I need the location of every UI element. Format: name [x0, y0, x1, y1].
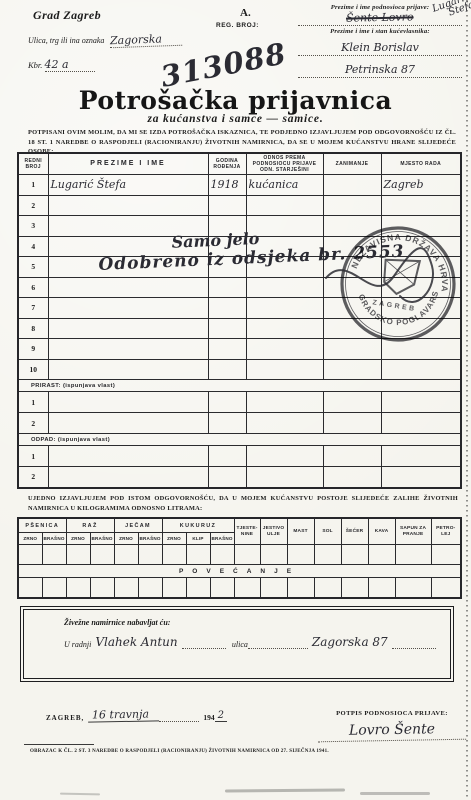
row-number: 5: [18, 257, 48, 278]
empty-cell: [18, 545, 42, 565]
table-row: 1: [18, 446, 461, 467]
row-number: 2: [18, 413, 48, 434]
empty-cell: [210, 545, 234, 565]
dotted-fill-line: [248, 638, 308, 649]
empty-cell: [323, 413, 381, 434]
signature-label: POTPIS PODNOSIOCA PRIJAVE:: [322, 710, 462, 717]
empty-cell: [246, 339, 323, 360]
landlord-label: Prezime i ime i stan kućevlasnika:: [298, 28, 462, 35]
empty-cell: [18, 578, 42, 599]
dotted-fill-line: [182, 638, 226, 649]
sub-klip: KLIP: [186, 533, 210, 545]
empty-cell: [48, 257, 208, 278]
supplier-line: U radnji Vlahek Antun ulica Zagorska 87: [64, 635, 436, 649]
col-sol: SOL: [314, 518, 341, 545]
scanned-form-page: Grad Zagreb Ulica, trg ili ina oznaka Za…: [0, 0, 471, 800]
scan-artifact: [360, 792, 430, 795]
empty-cell: [208, 318, 246, 339]
empty-cell: [234, 578, 260, 599]
sub-zrno: ZRNO: [18, 533, 42, 545]
dotted-fill-line: [159, 713, 199, 722]
empty-cell: [246, 446, 323, 467]
member-workplace: Zagreb: [381, 175, 461, 196]
reg-number-label: REG. BROJ:: [216, 22, 259, 29]
empty-cell: [381, 392, 461, 413]
odpad-label: ODPAD: (ispunjava vlast): [18, 434, 461, 446]
empty-cell: [246, 216, 323, 237]
empty-cell: [208, 446, 246, 467]
supplies-empty-row: [18, 545, 461, 565]
stamp-shield: [381, 256, 420, 297]
empty-cell: [314, 578, 341, 599]
street-label-2: ulica: [232, 640, 248, 649]
row-number: 10: [18, 359, 48, 380]
row-number: 6: [18, 277, 48, 298]
empty-cell: [42, 578, 66, 599]
empty-cell: [381, 446, 461, 467]
empty-cell: [341, 578, 368, 599]
empty-cell: [431, 578, 461, 599]
row-number: 7: [18, 298, 48, 319]
dotted-fill-line: [392, 638, 436, 649]
row-number: 1: [18, 392, 48, 413]
col-mast: MAST: [287, 518, 314, 545]
empty-cell: [246, 277, 323, 298]
table-row: 2: [18, 195, 461, 216]
house-number-line: Kbr. 42 a: [28, 58, 95, 72]
city-heading: Grad Zagreb: [33, 8, 101, 23]
group-kukuruz: KUKURUZ: [162, 518, 234, 533]
empty-cell: [323, 195, 381, 216]
sub-brasno: BRAŠNO: [138, 533, 162, 545]
table-row: 2: [18, 413, 461, 434]
empty-cell: [323, 359, 381, 380]
table-row: 2: [18, 467, 461, 488]
row-number: 1: [18, 446, 48, 467]
empty-cell: [395, 545, 431, 565]
empty-cell: [66, 578, 90, 599]
povecanje-label: POVEĆANJE: [18, 565, 461, 578]
supplies-group-header-row: PŠENICA RAŽ JEČAM KUKURUZ TJESTE-NINE JE…: [18, 518, 461, 533]
crossed-out-name: Šente Lovro: [346, 10, 414, 24]
empty-cell: [246, 359, 323, 380]
landlord-name-handwritten: Klein Borislav: [298, 41, 462, 56]
empty-cell: [246, 257, 323, 278]
empty-cell: [162, 578, 186, 599]
empty-cell: [341, 545, 368, 565]
empty-cell: [186, 545, 210, 565]
col-header-odnos: ODNOS PREMA PODNOSIOCU PRIJAVE ODN. STAR…: [246, 153, 323, 175]
stamp-center-text: ZAGREB: [372, 299, 417, 313]
household-header-row: REDNI BROJ PREZIME I IME GODINA ROĐENJA …: [18, 153, 461, 175]
empty-cell: [90, 545, 114, 565]
supplier-box: Živežne namirnice nabavljat ću: U radnji…: [20, 606, 454, 682]
supplies-empty-row: [18, 578, 461, 599]
empty-cell: [314, 545, 341, 565]
table-row: 1 Lugarić Štefa 1918 kućanica Zagreb: [18, 175, 461, 196]
empty-cell: [246, 318, 323, 339]
supplies-table: PŠENICA RAŽ JEČAM KUKURUZ TJESTE-NINE JE…: [17, 517, 462, 599]
empty-cell: [368, 545, 395, 565]
table-row: 1: [18, 392, 461, 413]
empty-cell: [208, 216, 246, 237]
form-letter: A.: [240, 7, 251, 19]
form-title: Potrošačka prijavnica: [0, 86, 471, 115]
year-digit-handwritten: 2: [215, 710, 227, 722]
empty-cell: [48, 446, 208, 467]
empty-cell: [48, 236, 208, 257]
house-number-value-handwritten: 42 a: [45, 58, 95, 72]
empty-cell: [208, 298, 246, 319]
street-label: Ulica, trg ili ina oznaka: [28, 36, 104, 45]
empty-cell: [66, 545, 90, 565]
empty-cell: [323, 446, 381, 467]
row-number: 9: [18, 339, 48, 360]
empty-cell: [42, 545, 66, 565]
col-sapun: SAPUN ZA PRANJE: [395, 518, 431, 545]
col-jestivo-ulje: JESTIVO ULJE: [260, 518, 287, 545]
empty-cell: [234, 545, 260, 565]
row-number: 1: [18, 175, 48, 196]
empty-cell: [48, 359, 208, 380]
col-header-zanimanje: ZANIMANJE: [323, 153, 381, 175]
empty-cell: [114, 578, 138, 599]
empty-cell: [138, 545, 162, 565]
empty-cell: [246, 392, 323, 413]
empty-cell: [208, 339, 246, 360]
empty-cell: [208, 257, 246, 278]
member-name: Lugarić Štefa: [48, 175, 208, 196]
empty-cell: [90, 578, 114, 599]
scan-artifact: [225, 788, 345, 792]
sub-zrno: ZRNO: [162, 533, 186, 545]
empty-cell: [48, 339, 208, 360]
empty-cell: [208, 392, 246, 413]
empty-cell: [395, 578, 431, 599]
empty-cell: [287, 578, 314, 599]
member-birth-year: 1918: [208, 175, 246, 196]
street-line: Ulica, trg ili ina oznaka Zagorska: [28, 33, 182, 47]
shop-label: U radnji: [64, 640, 91, 649]
row-number: 3: [18, 216, 48, 237]
empty-cell: [208, 277, 246, 298]
empty-cell: [48, 298, 208, 319]
empty-cell: [138, 578, 162, 599]
sub-brasno: BRAŠNO: [42, 533, 66, 545]
row-number: 2: [18, 467, 48, 488]
row-number: 8: [18, 318, 48, 339]
empty-cell: [260, 578, 287, 599]
povecanje-band-row: POVEĆANJE: [18, 565, 461, 578]
empty-cell: [186, 578, 210, 599]
house-number-label: Kbr.: [28, 60, 42, 70]
empty-cell: [246, 467, 323, 488]
empty-cell: [208, 467, 246, 488]
table-row: 10: [18, 359, 461, 380]
group-raz: RAŽ: [66, 518, 114, 533]
empty-cell: [381, 467, 461, 488]
empty-cell: [208, 236, 246, 257]
sub-zrno: ZRNO: [66, 533, 90, 545]
empty-cell: [48, 195, 208, 216]
group-jecam: JEČAM: [114, 518, 162, 533]
date-line: ZAGREB, 16 travnja 194 2: [46, 708, 227, 722]
empty-cell: [246, 195, 323, 216]
sub-brasno: BRAŠNO: [90, 533, 114, 545]
empty-cell: [48, 392, 208, 413]
signature-handwritten: Lovro Šente: [318, 721, 466, 743]
empty-cell: [208, 413, 246, 434]
empty-cell: [208, 359, 246, 380]
empty-cell: [114, 545, 138, 565]
col-kava: KAVA: [368, 518, 395, 545]
col-header-prezime-ime: PREZIME I IME: [48, 153, 208, 175]
empty-cell: [323, 392, 381, 413]
empty-cell: [431, 545, 461, 565]
empty-cell: [260, 545, 287, 565]
col-petrolej: PETRO-LEJ: [431, 518, 461, 545]
row-number: 4: [18, 236, 48, 257]
supplies-declaration: UJEDNO IZJAVLJUJEM POD ISTOM ODGOVORNOŠĆ…: [28, 494, 458, 513]
empty-cell: [323, 339, 381, 360]
official-round-stamp: NEZAVISNA DRŽAVA HRVATSKA GRADSKO POGLAV…: [329, 215, 466, 352]
empty-cell: [323, 467, 381, 488]
city-printed: ZAGREB,: [46, 714, 84, 722]
empty-cell: [381, 195, 461, 216]
empty-cell: [368, 578, 395, 599]
year-printed: 194: [203, 713, 214, 722]
col-header-godina: GODINA ROĐENJA: [208, 153, 246, 175]
member-relation: kućanica: [246, 175, 323, 196]
shop-name-handwritten: Vlahek Antun: [95, 635, 177, 649]
col-tjestenine: TJESTE-NINE: [234, 518, 260, 545]
sub-brasno: BRAŠNO: [210, 533, 234, 545]
footer-divider: [24, 744, 94, 745]
empty-cell: [48, 467, 208, 488]
empty-cell: [381, 359, 461, 380]
empty-cell: [208, 195, 246, 216]
legal-reference: OBRAZAC K ČL. 2 ST. 3 NAREDBE O RASPODJE…: [30, 749, 430, 754]
col-secer: ŠEĆER: [341, 518, 368, 545]
prirast-label: PRIRAST: (ispunjava vlast): [18, 380, 461, 392]
empty-cell: [48, 216, 208, 237]
empty-cell: [246, 413, 323, 434]
empty-cell: [48, 277, 208, 298]
form-subtitle: za kućanstva i samce — samice.: [0, 113, 471, 125]
sub-zrno: ZRNO: [114, 533, 138, 545]
empty-cell: [162, 545, 186, 565]
street-value-handwritten: Zagorska: [110, 32, 182, 49]
empty-cell: [246, 298, 323, 319]
scan-artifact: [60, 793, 100, 796]
landlord-address-handwritten: Petrinska 87: [298, 63, 462, 78]
prirast-section-header: PRIRAST: (ispunjava vlast): [18, 380, 461, 392]
supplier-intro: Živežne namirnice nabavljat ću:: [64, 618, 450, 627]
row-number: 2: [18, 195, 48, 216]
member-occupation: [323, 175, 381, 196]
empty-cell: [48, 413, 208, 434]
shop-street-handwritten: Zagorska 87: [312, 635, 388, 649]
empty-cell: [287, 545, 314, 565]
empty-cell: [381, 413, 461, 434]
group-psenica: PŠENICA: [18, 518, 66, 533]
col-header-mjesto-rada: MJESTO RADA: [381, 153, 461, 175]
col-header-redni-broj: REDNI BROJ: [18, 153, 48, 175]
empty-cell: [48, 318, 208, 339]
odpad-section-header: ODPAD: (ispunjava vlast): [18, 434, 461, 446]
empty-cell: [246, 236, 323, 257]
date-handwritten: 16 travnja: [88, 707, 159, 722]
empty-cell: [210, 578, 234, 599]
page-edge-perforation: [466, 0, 469, 800]
